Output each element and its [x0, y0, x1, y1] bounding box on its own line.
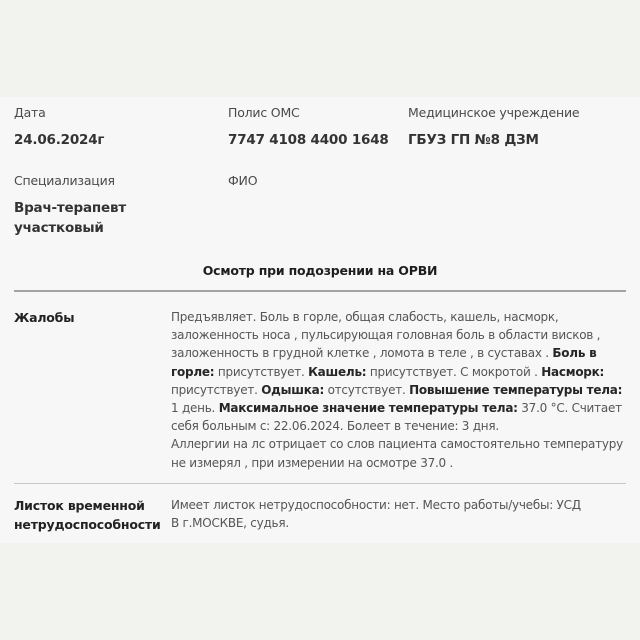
fio-label: ФИО [228, 173, 257, 189]
section-divider [14, 290, 626, 292]
complaints-label: Жалобы [14, 308, 74, 327]
date-label: Дата [14, 105, 104, 121]
polis-field: Полис ОМС 7747 4108 4400 1648 [228, 105, 389, 150]
date-value: 24.06.2024г [14, 130, 104, 150]
polis-value: 7747 4108 4400 1648 [228, 130, 389, 150]
institution-label: Медицинское учреждение [408, 105, 579, 121]
specialization-value: Врач-терапевт участковый [14, 198, 214, 238]
sick-leave-text: Имеет листок нетрудоспособности: нет. Ме… [171, 496, 591, 532]
section-title: Осмотр при подозрении на ОРВИ [0, 263, 640, 278]
fio-field: ФИО [228, 173, 257, 198]
complaints-text: Предъявляет. Боль в горле, общая слабост… [171, 308, 631, 472]
date-field: Дата 24.06.2024г [14, 105, 104, 150]
specialization-field: Специализация Врач-терапевт участковый [14, 173, 214, 238]
sick-leave-label: Листок временной нетрудоспособности [14, 496, 154, 534]
institution-value: ГБУЗ ГП №8 ДЗМ [408, 130, 579, 150]
exam-record-panel: Дата 24.06.2024г Полис ОМС 7747 4108 440… [0, 97, 640, 543]
row-divider [14, 483, 626, 484]
specialization-label: Специализация [14, 173, 214, 189]
polis-label: Полис ОМС [228, 105, 389, 121]
institution-field: Медицинское учреждение ГБУЗ ГП №8 ДЗМ [408, 105, 579, 150]
